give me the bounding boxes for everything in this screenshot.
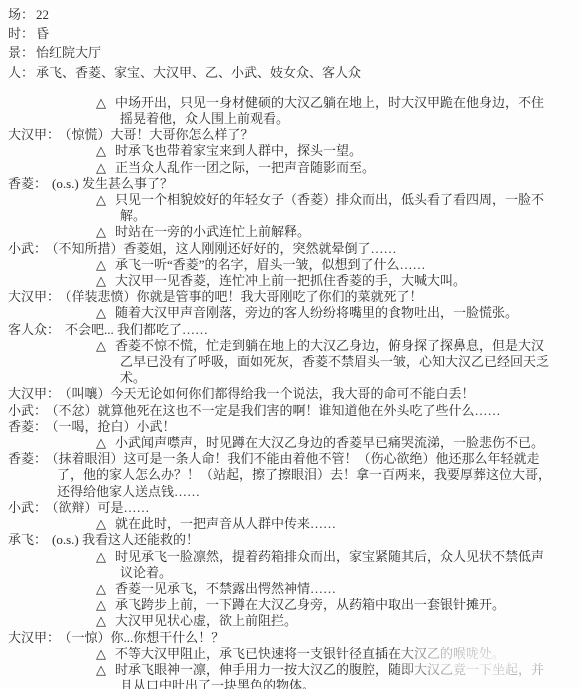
script-body: △中场开出，只见一身材健硕的大汉乙躺在地上，时大汉甲跪在他身边，不住摇晃着他，众… <box>8 95 556 689</box>
scene-cast-row: 人：承飞、香菱、家宝、大汉甲、乙、小武、妓女众、客人众 <box>8 63 556 82</box>
direction-marker: △ <box>96 257 106 272</box>
direction-marker: △ <box>96 305 106 320</box>
dialogue-line: 大汉甲：（佯装悲愤）你就是管事的吧！我大哥刚吃了你们的菜就死了！ <box>8 289 556 305</box>
dialogue-line: 小武：（欲辩）可是…… <box>8 500 556 516</box>
direction-marker: △ <box>96 143 106 158</box>
direction-text: 香菱一见承飞，不禁露出愕然神情…… <box>115 581 336 596</box>
scene-number-row: 场：22 <box>8 5 556 24</box>
dialogue-line: 大汉甲：（惊慌）大哥！大哥你怎么样了？ <box>8 127 556 143</box>
dialogue-text: (o.s.) 发生甚么事了？ <box>52 176 173 191</box>
direction-text: 大汉甲一见香菱，连忙冲上前一把抓住香菱的手，大喊大叫。 <box>115 273 466 288</box>
direction-text: 时承飞眼神一凛，伸手用力一按大汉乙的腹腔，随即大汉乙竟一下坐起，并且从口中吐出了… <box>115 662 544 689</box>
scene-number-value: 22 <box>36 7 49 22</box>
direction-marker: △ <box>96 549 106 564</box>
dialogue-text: （不忿）就算他死在这也不一定是我们害的啊！谁知道他在外头吃了些什么…… <box>52 403 501 418</box>
stage-direction-line: △中场开出，只见一身材健硕的大汉乙躺在地上，时大汉甲跪在他身边，不住摇晃着他，众… <box>96 95 556 127</box>
stage-direction-line: △随着大汉甲声音刚落，旁边的客人纷纷将嘴里的食物吐出，一脸慌张。 <box>96 305 556 321</box>
dialogue-text: （一喝，抢白）小武！ <box>52 419 176 434</box>
speaker-name: 小武： <box>8 241 47 256</box>
scene-header: 场：22 时：昏 景：怡红院大厅 人：承飞、香菱、家宝、大汉甲、乙、小武、妓女众… <box>8 5 556 82</box>
speaker-name: 大汉甲： <box>8 386 60 401</box>
dialogue-text: （惊慌）大哥！大哥你怎么样了？ <box>65 127 254 142</box>
direction-marker: △ <box>96 160 106 175</box>
stage-direction-line: △只见一个相貌姣好的年轻女子（香菱）排众而出，低头看了看四周，一脸不解。 <box>96 192 556 224</box>
direction-marker: △ <box>96 516 106 531</box>
direction-text: 小武闻声噤声，时见蹲在大汉乙身边的香菱早已痛哭流涕，一脸悲伤不已。 <box>115 435 544 450</box>
dialogue-text: （不知所措）香菱姐，这人刚刚还好好的，突然就晕倒了…… <box>52 241 397 256</box>
dialogue-line: 香菱：（抹着眼泪）这可是一条人命！我们不能由着他不管！（伤心欲绝）他还那么年轻就… <box>8 451 556 500</box>
screenplay-page: 场：22 时：昏 景：怡红院大厅 人：承飞、香菱、家宝、大汉甲、乙、小武、妓女众… <box>0 0 580 689</box>
direction-text: 时见承飞一脸凛然，提着药箱排众而出，家宝紧随其后，众人见状不禁低声议论着。 <box>115 549 544 580</box>
stage-direction-line: △正当众人乱作一团之际，一把声音随影而至。 <box>96 160 556 176</box>
direction-marker: △ <box>96 224 106 239</box>
scene-time-value: 昏 <box>36 26 49 41</box>
direction-text: 正当众人乱作一团之际，一把声音随影而至。 <box>115 160 375 175</box>
speaker-name: 香菱： <box>8 176 47 191</box>
scene-location-label: 景： <box>8 45 34 60</box>
stage-direction-line: △承飞一听“香菱”的名字，眉头一皱，似想到了什么…… <box>96 257 556 273</box>
stage-direction-line: △不等大汉甲阻止，承飞已快速将一支银针径直插在大汉乙的喉咙处。 <box>96 646 556 662</box>
scene-number-label: 场： <box>8 7 34 22</box>
stage-direction-line: △香菱一见承飞，不禁露出愕然神情…… <box>96 581 556 597</box>
direction-marker: △ <box>96 597 106 612</box>
speaker-name: 小武： <box>8 500 47 515</box>
direction-marker: △ <box>96 613 106 628</box>
dialogue-text: （抹着眼泪）这可是一条人命！我们不能由着他不管！（伤心欲绝）他还那么年轻就走了，… <box>52 451 551 498</box>
direction-marker: △ <box>96 581 106 596</box>
scene-time-row: 时：昏 <box>8 24 556 43</box>
direction-marker: △ <box>96 273 106 288</box>
direction-text: 香菱不惊不慌，忙走到躺在地上的大汉乙身边，俯身探了探鼻息，但是大汉乙早已没有了呼… <box>115 338 549 385</box>
stage-direction-line: △承飞跨步上前，一下蹲在大汉乙身旁，从药箱中取出一套银针摊开。 <box>96 597 556 613</box>
stage-direction-line: △时站在一旁的小武连忙上前解释。 <box>96 224 556 240</box>
dialogue-line: 大汉甲：（叫嚷）今天无论如何你们都得给我一个说法，我大哥的命可不能白丢！ <box>8 386 556 402</box>
dialogue-line: 香菱：(o.s.) 发生甚么事了？ <box>8 176 556 192</box>
dialogue-text: （佯装悲愤）你就是管事的吧！我大哥刚吃了你们的菜就死了！ <box>65 289 423 304</box>
speaker-name: 大汉甲： <box>8 127 60 142</box>
speaker-name: 承飞： <box>8 532 47 547</box>
dialogue-text: 不会吧... 我们都吃了…… <box>65 322 208 337</box>
dialogue-line: 小武：（不知所措）香菱姐，这人刚刚还好好的，突然就晕倒了…… <box>8 241 556 257</box>
direction-text: 大汉甲见状心虚，欲上前阻拦。 <box>115 613 297 628</box>
dialogue-line: 客人众：不会吧... 我们都吃了…… <box>8 322 556 338</box>
direction-marker: △ <box>96 435 106 450</box>
direction-text: 就在此时，一把声音从人群中传来…… <box>115 516 336 531</box>
stage-direction-line: △香菱不惊不慌，忙走到躺在地上的大汉乙身边，俯身探了探鼻息，但是大汉乙早已没有了… <box>96 338 556 387</box>
stage-direction-line: △大汉甲一见香菱，连忙冲上前一把抓住香菱的手，大喊大叫。 <box>96 273 556 289</box>
direction-marker: △ <box>96 646 106 661</box>
direction-text: 时站在一旁的小武连忙上前解释。 <box>115 224 310 239</box>
dialogue-line: 香菱：（一喝，抢白）小武！ <box>8 419 556 435</box>
speaker-name: 大汉甲： <box>8 289 60 304</box>
speaker-name: 香菱： <box>8 419 47 434</box>
scene-time-label: 时： <box>8 26 34 41</box>
direction-text: 只见一个相貌姣好的年轻女子（香菱）排众而出，低头看了看四周，一脸不解。 <box>115 192 544 223</box>
dialogue-text: (o.s.) 我看这人还能救的！ <box>52 532 199 547</box>
stage-direction-line: △就在此时，一把声音从人群中传来…… <box>96 516 556 532</box>
dialogue-text: （叫嚷）今天无论如何你们都得给我一个说法，我大哥的命可不能白丢！ <box>65 386 475 401</box>
speaker-name: 客人众： <box>8 322 60 337</box>
direction-text: 中场开出，只见一身材健硕的大汉乙躺在地上，时大汉甲跪在他身边，不住摇晃着他，众人… <box>115 95 544 126</box>
stage-direction-line: △时见承飞一脸凛然，提着药箱排众而出，家宝紧随其后，众人见状不禁低声议论着。 <box>96 549 556 581</box>
direction-text: 不等大汉甲阻止，承飞已快速将一支银针径直插在大汉乙的喉咙处。 <box>115 646 505 661</box>
dialogue-line: 大汉甲：（一惊）你...你想干什么！？ <box>8 630 556 646</box>
direction-marker: △ <box>96 192 106 207</box>
direction-marker: △ <box>96 338 106 353</box>
scene-cast-value: 承飞、香菱、家宝、大汉甲、乙、小武、妓女众、客人众 <box>36 65 361 80</box>
speaker-name: 香菱： <box>8 451 47 466</box>
speaker-name: 大汉甲： <box>8 630 60 645</box>
direction-text: 承飞一听“香菱”的名字，眉头一皱，似想到了什么…… <box>115 257 426 272</box>
stage-direction-line: △时承飞也带着家宝来到人群中，探头一望。 <box>96 143 556 159</box>
direction-marker: △ <box>96 662 106 677</box>
stage-direction-line: △时承飞眼神一凛，伸手用力一按大汉乙的腹腔，随即大汉乙竟一下坐起，并且从口中吐出… <box>96 662 556 689</box>
dialogue-line: 小武：（不忿）就算他死在这也不一定是我们害的啊！谁知道他在外头吃了些什么…… <box>8 403 556 419</box>
direction-marker: △ <box>96 95 106 110</box>
direction-text: 时承飞也带着家宝来到人群中，探头一望。 <box>115 143 362 158</box>
stage-direction-line: △小武闻声噤声，时见蹲在大汉乙身边的香菱早已痛哭流涕，一脸悲伤不已。 <box>96 435 556 451</box>
scene-location-value: 怡红院大厅 <box>36 45 101 60</box>
scene-cast-label: 人： <box>8 65 34 80</box>
scene-location-row: 景：怡红院大厅 <box>8 43 556 62</box>
speaker-name: 小武： <box>8 403 47 418</box>
dialogue-text: （一惊）你...你想干什么！？ <box>65 630 224 645</box>
stage-direction-line: △大汉甲见状心虚，欲上前阻拦。 <box>96 613 556 629</box>
direction-text: 随着大汉甲声音刚落，旁边的客人纷纷将嘴里的食物吐出，一脸慌张。 <box>115 305 518 320</box>
dialogue-text: （欲辩）可是…… <box>52 500 150 515</box>
direction-text: 承飞跨步上前，一下蹲在大汉乙身旁，从药箱中取出一套银针摊开。 <box>115 597 505 612</box>
dialogue-line: 承飞：(o.s.) 我看这人还能救的！ <box>8 532 556 548</box>
